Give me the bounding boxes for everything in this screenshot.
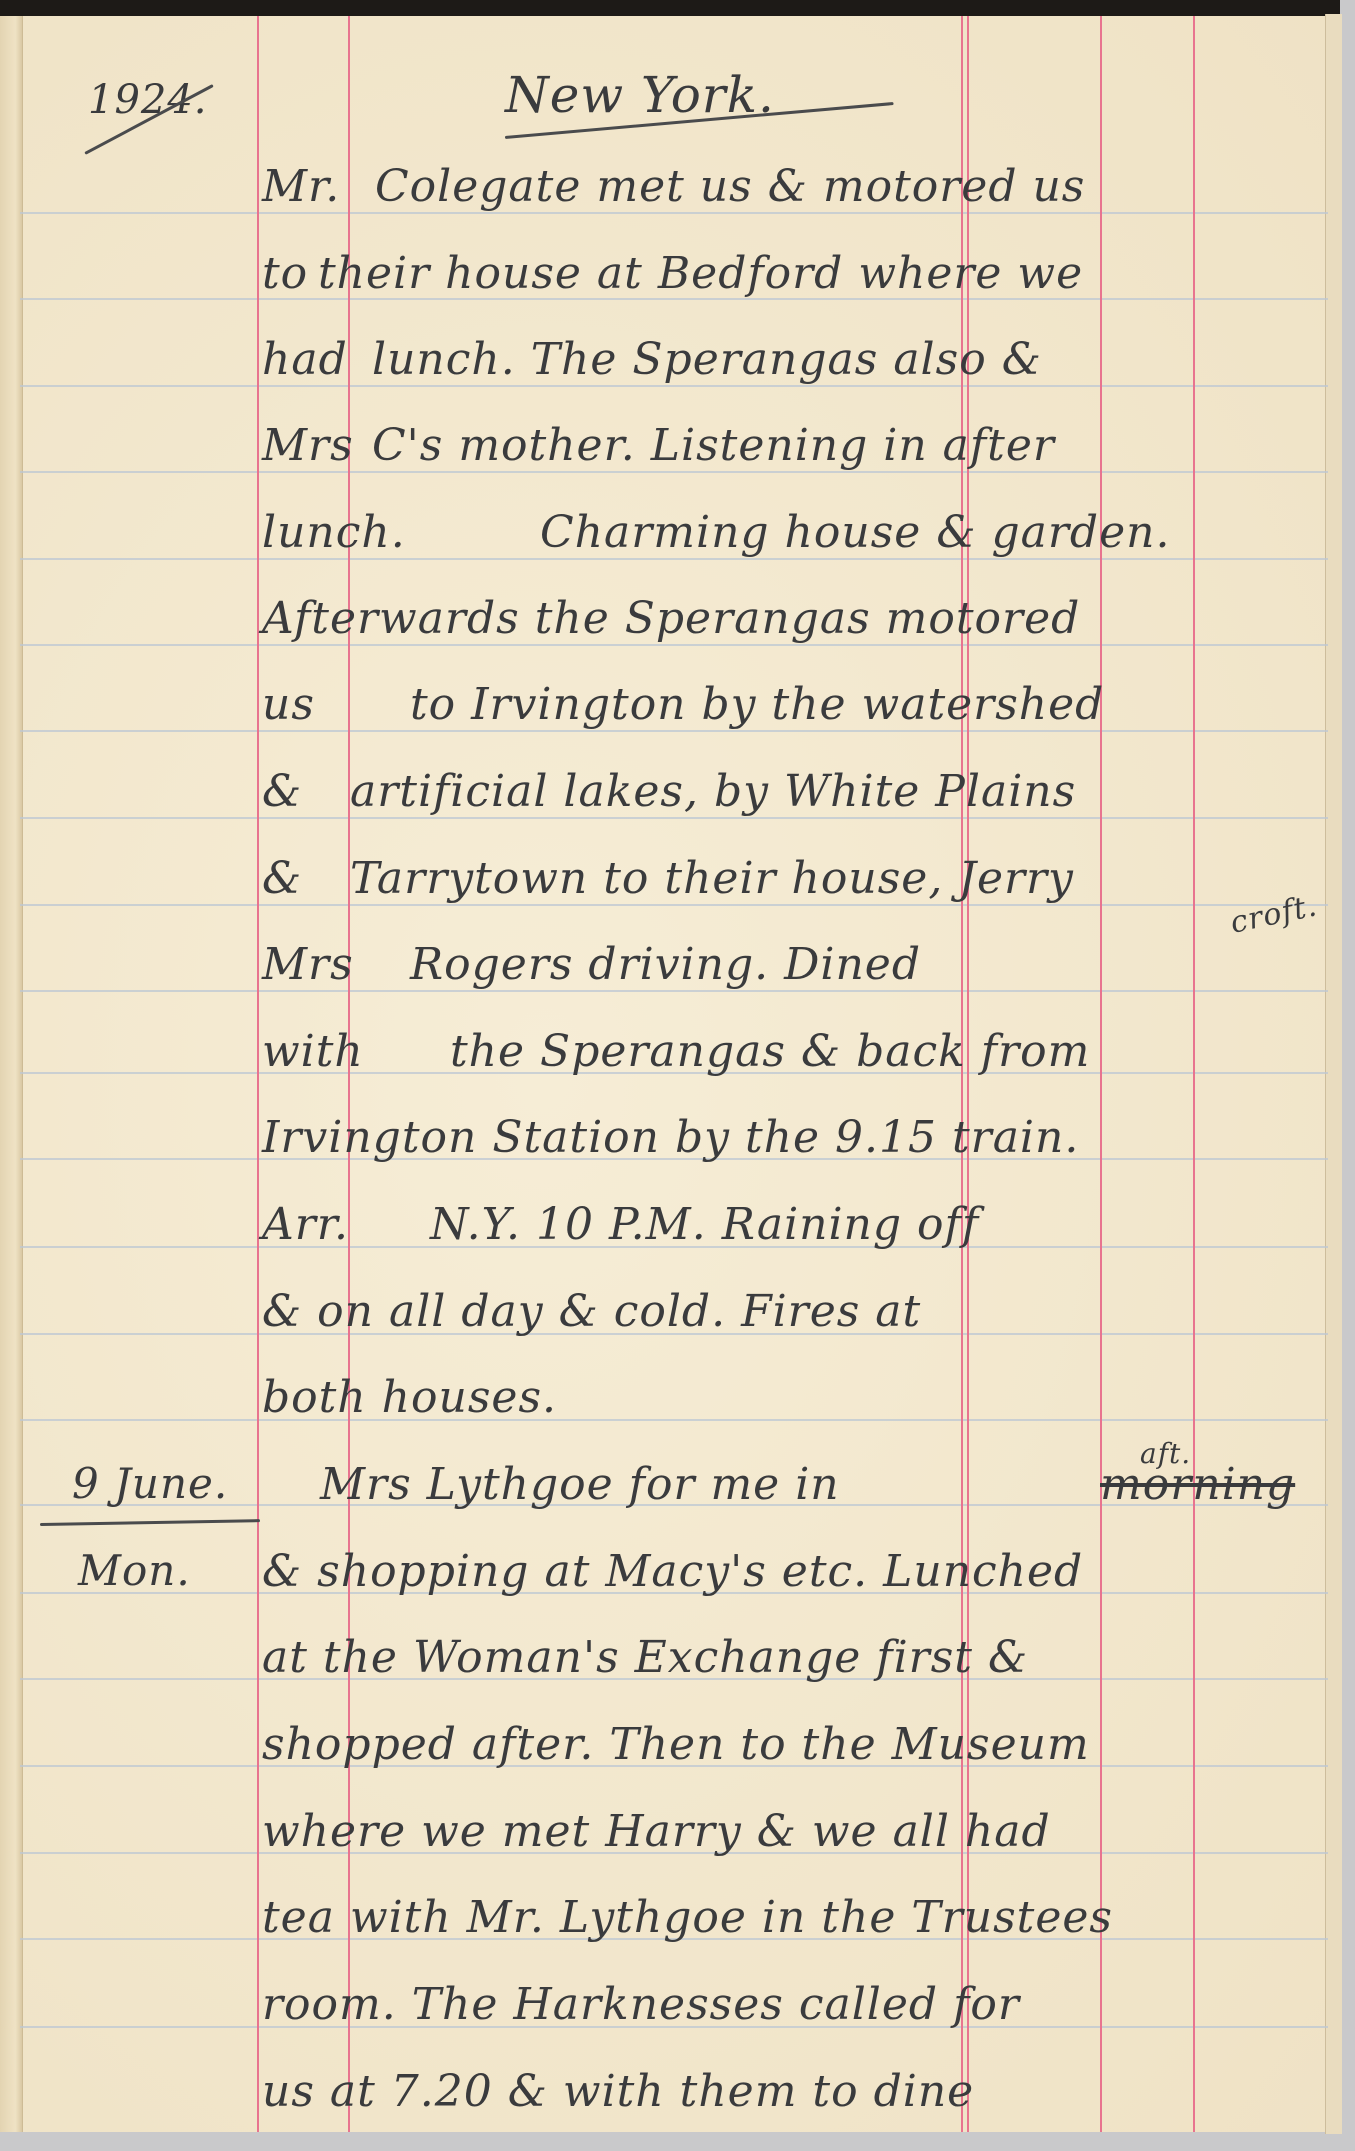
diary-line: their house at Bedford where we <box>318 252 1083 296</box>
diary-line: Mrs Lythgoe for me in <box>320 1463 840 1507</box>
diary-line: to Irvington by the watershed <box>410 683 1104 727</box>
diary-line: Mrs <box>262 943 354 987</box>
page-heading: New York. <box>505 70 775 120</box>
diary-line: us <box>262 683 315 727</box>
diary-line: Colegate met us & motored us <box>375 165 1085 209</box>
diary-line: artificial lakes, by White Plains <box>350 770 1076 814</box>
diary-line: us at 7.20 & with them to dine <box>262 2070 974 2114</box>
diary-line: lunch. <box>262 511 406 555</box>
diary-line: had <box>262 338 348 382</box>
diary-line: C's mother. Listening in after <box>372 424 1055 468</box>
diary-line: where we met Harry & we all had <box>262 1810 1051 1854</box>
diary-line: at the Woman's Exchange first & <box>262 1636 1028 1680</box>
page-stack-edge <box>1325 14 1342 2134</box>
column-rule <box>1100 16 1102 2132</box>
diary-line: & <box>262 770 302 814</box>
ruled-line <box>20 990 1328 992</box>
diary-line: lunch. The Sperangas also & <box>372 338 1042 382</box>
diary-line: Charming house & garden. <box>540 511 1170 555</box>
diary-line: both houses. <box>262 1376 557 1420</box>
ruled-line <box>20 817 1328 819</box>
ruled-line <box>20 904 1328 906</box>
diary-line: shopped after. Then to the Museum <box>262 1723 1090 1767</box>
entry-date: 9 June. <box>72 1463 228 1505</box>
diary-line: & <box>262 857 302 901</box>
struck-word: morning <box>1100 1463 1295 1507</box>
diary-line: Irvington Station by the 9.15 train. <box>262 1116 1079 1160</box>
diary-line: Afterwards the Sperangas motored <box>262 597 1080 641</box>
diary-line: room. The Harknesses called for <box>262 1983 1020 2027</box>
diary-line: N.Y. 10 P.M. Raining off <box>430 1203 979 1247</box>
ruled-line <box>20 212 1328 214</box>
diary-line: with <box>262 1030 364 1074</box>
ruled-line <box>20 471 1328 473</box>
inserted-word: aft. <box>1140 1440 1191 1468</box>
ruled-line <box>20 558 1328 560</box>
page-binding-gutter <box>0 16 23 2132</box>
diary-line: Arr. <box>262 1203 349 1247</box>
diary-line: Mrs <box>262 424 354 468</box>
diary-line: to <box>262 252 308 296</box>
year-label: 1924. <box>88 80 208 120</box>
diary-line: tea with Mr. Lythgoe in the Trustees <box>262 1896 1113 1940</box>
ruled-line <box>20 730 1328 732</box>
column-rule-right <box>1193 16 1195 2132</box>
ruled-line <box>20 385 1328 387</box>
diary-line: & shopping at Macy's etc. Lunched <box>262 1550 1083 1594</box>
diary-line: Tarrytown to their house, Jerry <box>350 857 1074 901</box>
ruled-line <box>20 644 1328 646</box>
diary-line: the Sperangas & back from <box>450 1030 1090 1074</box>
diary-line: Rogers driving. Dined <box>410 943 921 987</box>
diary-line: Mr. <box>262 165 340 209</box>
margin-rule-left <box>257 16 259 2132</box>
entry-day: Mon. <box>78 1550 191 1592</box>
diary-line: & on all day & cold. Fires at <box>262 1290 921 1334</box>
ruled-line <box>20 1419 1328 1421</box>
